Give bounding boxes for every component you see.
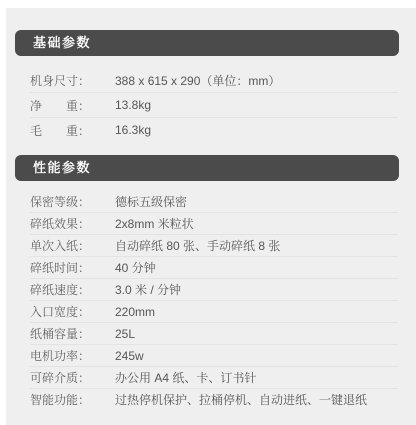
row-label: 单次入纸： [30, 237, 115, 254]
table-row: 入口宽度： 220mm [30, 301, 398, 323]
spec-table-basic: 机身尺寸： 388 x 615 x 290（单位：mm） 净 重： 13.8kg… [30, 68, 398, 142]
row-label: 保密等级： [30, 193, 115, 210]
table-row: 碎纸速度： 3.0 米 / 分钟 [30, 279, 398, 301]
section-header-performance: 性能参数 [15, 155, 399, 181]
section-title: 性能参数 [33, 160, 91, 175]
table-row: 单次入纸： 自动碎纸 80 张、手动碎纸 8 张 [30, 235, 398, 257]
section-title: 基础参数 [33, 35, 91, 50]
row-value: 2x8mm 米粒状 [115, 215, 194, 232]
section-header-basic: 基础参数 [15, 30, 399, 56]
table-row: 电机功率： 245w [30, 345, 398, 367]
row-value: 25L [115, 327, 135, 341]
row-label: 碎纸速度： [30, 281, 115, 298]
spec-table-performance: 保密等级： 德标五级保密 碎纸效果： 2x8mm 米粒状 单次入纸： 自动碎纸 … [30, 191, 398, 410]
row-value: 388 x 615 x 290（单位：mm） [115, 72, 280, 89]
table-row: 机身尺寸： 388 x 615 x 290（单位：mm） [30, 68, 398, 93]
row-label: 纸桶容量： [30, 325, 115, 342]
row-label: 入口宽度： [30, 303, 115, 320]
row-value: 220mm [115, 305, 155, 319]
table-row: 净 重： 13.8kg [30, 93, 398, 118]
table-row: 毛 重： 16.3kg [30, 118, 398, 142]
table-row: 碎纸时间： 40 分钟 [30, 257, 398, 279]
row-label: 机身尺寸： [30, 72, 115, 89]
section-basic-params: 基础参数 机身尺寸： 388 x 615 x 290（单位：mm） 净 重： 1… [6, 30, 416, 142]
row-value: 自动碎纸 80 张、手动碎纸 8 张 [115, 237, 280, 254]
table-row: 纸桶容量： 25L [30, 323, 398, 345]
row-label: 智能功能： [30, 391, 115, 408]
table-row: 保密等级： 德标五级保密 [30, 191, 398, 213]
row-value: 245w [115, 349, 144, 363]
row-label: 碎纸效果： [30, 215, 115, 232]
table-row: 可碎介质： 办公用 A4 纸、卡、订书针 [30, 367, 398, 389]
row-value: 办公用 A4 纸、卡、订书针 [115, 369, 256, 386]
row-value: 3.0 米 / 分钟 [115, 281, 181, 298]
row-label: 净 重： [30, 97, 115, 114]
row-label: 可碎介质： [30, 369, 115, 386]
product-spec-page: 基础参数 机身尺寸： 388 x 615 x 290（单位：mm） 净 重： 1… [0, 0, 416, 425]
row-value: 过热停机保护、拉桶停机、自动进纸、一键退纸 [115, 391, 367, 408]
row-label: 毛 重： [30, 122, 115, 139]
row-label: 碎纸时间： [30, 259, 115, 276]
row-value: 16.3kg [115, 123, 151, 137]
table-row: 智能功能： 过热停机保护、拉桶停机、自动进纸、一键退纸 [30, 389, 398, 410]
section-performance-params: 性能参数 保密等级： 德标五级保密 碎纸效果： 2x8mm 米粒状 单次入纸： … [6, 155, 416, 410]
row-value: 德标五级保密 [115, 193, 187, 210]
row-value: 13.8kg [115, 98, 151, 112]
table-row: 碎纸效果： 2x8mm 米粒状 [30, 213, 398, 235]
row-label: 电机功率： [30, 347, 115, 364]
row-value: 40 分钟 [115, 259, 156, 276]
spec-panel: 基础参数 机身尺寸： 388 x 615 x 290（单位：mm） 净 重： 1… [6, 8, 416, 425]
